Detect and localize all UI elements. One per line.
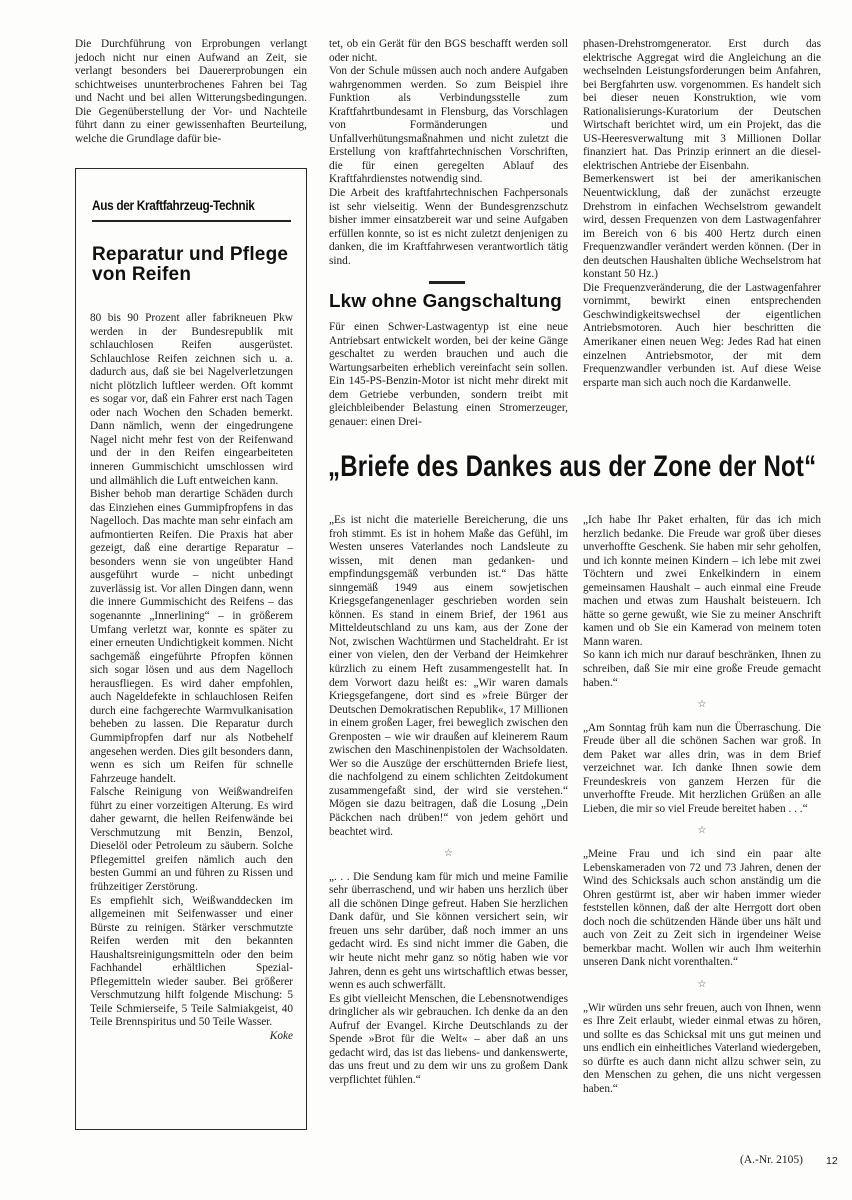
body-paragraph: phasen-Drehstromgenerator. Erst durch da… bbox=[583, 38, 821, 173]
body-paragraph: Die Durchführung von Erprobungen verlang… bbox=[75, 38, 307, 146]
article-separator-rule bbox=[429, 281, 465, 284]
letter-quote: So kann ich mich nur darauf beschränken,… bbox=[583, 649, 821, 690]
letter-quote: „Wir würden uns sehr freuen, auch von Ih… bbox=[583, 1002, 821, 1097]
separator-star-icon: ☆ bbox=[329, 847, 568, 861]
body-paragraph: Die Arbeit des kraftfahrtechnischen Fach… bbox=[329, 187, 568, 268]
letter-quote: „Meine Frau und ich sind ein paar alte L… bbox=[583, 848, 821, 970]
body-paragraph: Die Frequenzveränderung, die der Lastwag… bbox=[583, 282, 821, 390]
separator-star-icon: ☆ bbox=[583, 698, 821, 712]
letter-intro: „Es ist nicht die materielle Bereicherun… bbox=[329, 514, 568, 839]
body-paragraph: Für einen Schwer-Lastwagentyp ist eine n… bbox=[329, 321, 568, 429]
letter-quote: Es gibt vielleicht Menschen, die Lebensn… bbox=[329, 993, 568, 1088]
lkw-article-title: Lkw ohne Gangschaltung bbox=[329, 290, 562, 312]
column-1-continuation: Die Durchführung von Erprobungen verlang… bbox=[75, 38, 307, 146]
article-reference-number: (A.-Nr. 2105) bbox=[740, 1154, 803, 1166]
box-article-title: Reparatur und Pflege von Reifen bbox=[92, 245, 307, 285]
kicker-underline bbox=[92, 220, 291, 222]
page-number: 12 bbox=[826, 1155, 838, 1167]
body-paragraph: Bemerkenswert ist bei der amerikanischen… bbox=[583, 173, 821, 281]
body-paragraph: Falsche Reinigung von Weißwandreifen füh… bbox=[90, 786, 293, 894]
section-kicker: Aus der Kraftfahrzeug-Technik bbox=[92, 198, 262, 213]
separator-star-icon: ☆ bbox=[583, 824, 821, 838]
letter-quote: „Am Sonntag früh kam nun die Überraschun… bbox=[583, 722, 821, 817]
body-paragraph: Es empfiehlt sich, Weißwanddecken im all… bbox=[90, 895, 293, 1030]
author-signature: Koke bbox=[90, 1030, 293, 1044]
body-paragraph: tet, ob ein Gerät für den BGS beschafft … bbox=[329, 38, 568, 65]
separator-star-icon: ☆ bbox=[583, 978, 821, 992]
letter-quote: „Ich habe Ihr Paket erhalten, für das ic… bbox=[583, 514, 821, 649]
lkw-article-body-col2: Für einen Schwer-Lastwagentyp ist eine n… bbox=[329, 321, 568, 429]
letters-body-col2: „Es ist nicht die materielle Bereicherun… bbox=[329, 514, 568, 1087]
letters-body-col3: „Ich habe Ihr Paket erhalten, für das ic… bbox=[583, 514, 821, 1096]
tire-article-body: 80 bis 90 Prozent aller fabrikneuen Pkw … bbox=[90, 312, 293, 1044]
column-2-continuation: tet, ob ein Gerät für den BGS beschafft … bbox=[329, 38, 568, 268]
body-paragraph: 80 bis 90 Prozent aller fabrikneuen Pkw … bbox=[90, 312, 293, 488]
lkw-article-body-col3: phasen-Drehstromgenerator. Erst durch da… bbox=[583, 38, 821, 390]
letter-quote: „. . . Die Sendung kam für mich und mein… bbox=[329, 871, 568, 993]
body-paragraph: Bisher behob man derartige Schäden durch… bbox=[90, 488, 293, 786]
body-paragraph: Von der Schule müssen auch noch andere A… bbox=[329, 65, 568, 187]
letters-headline: „Briefe des Dankes aus der Zone der Not“ bbox=[328, 450, 744, 484]
